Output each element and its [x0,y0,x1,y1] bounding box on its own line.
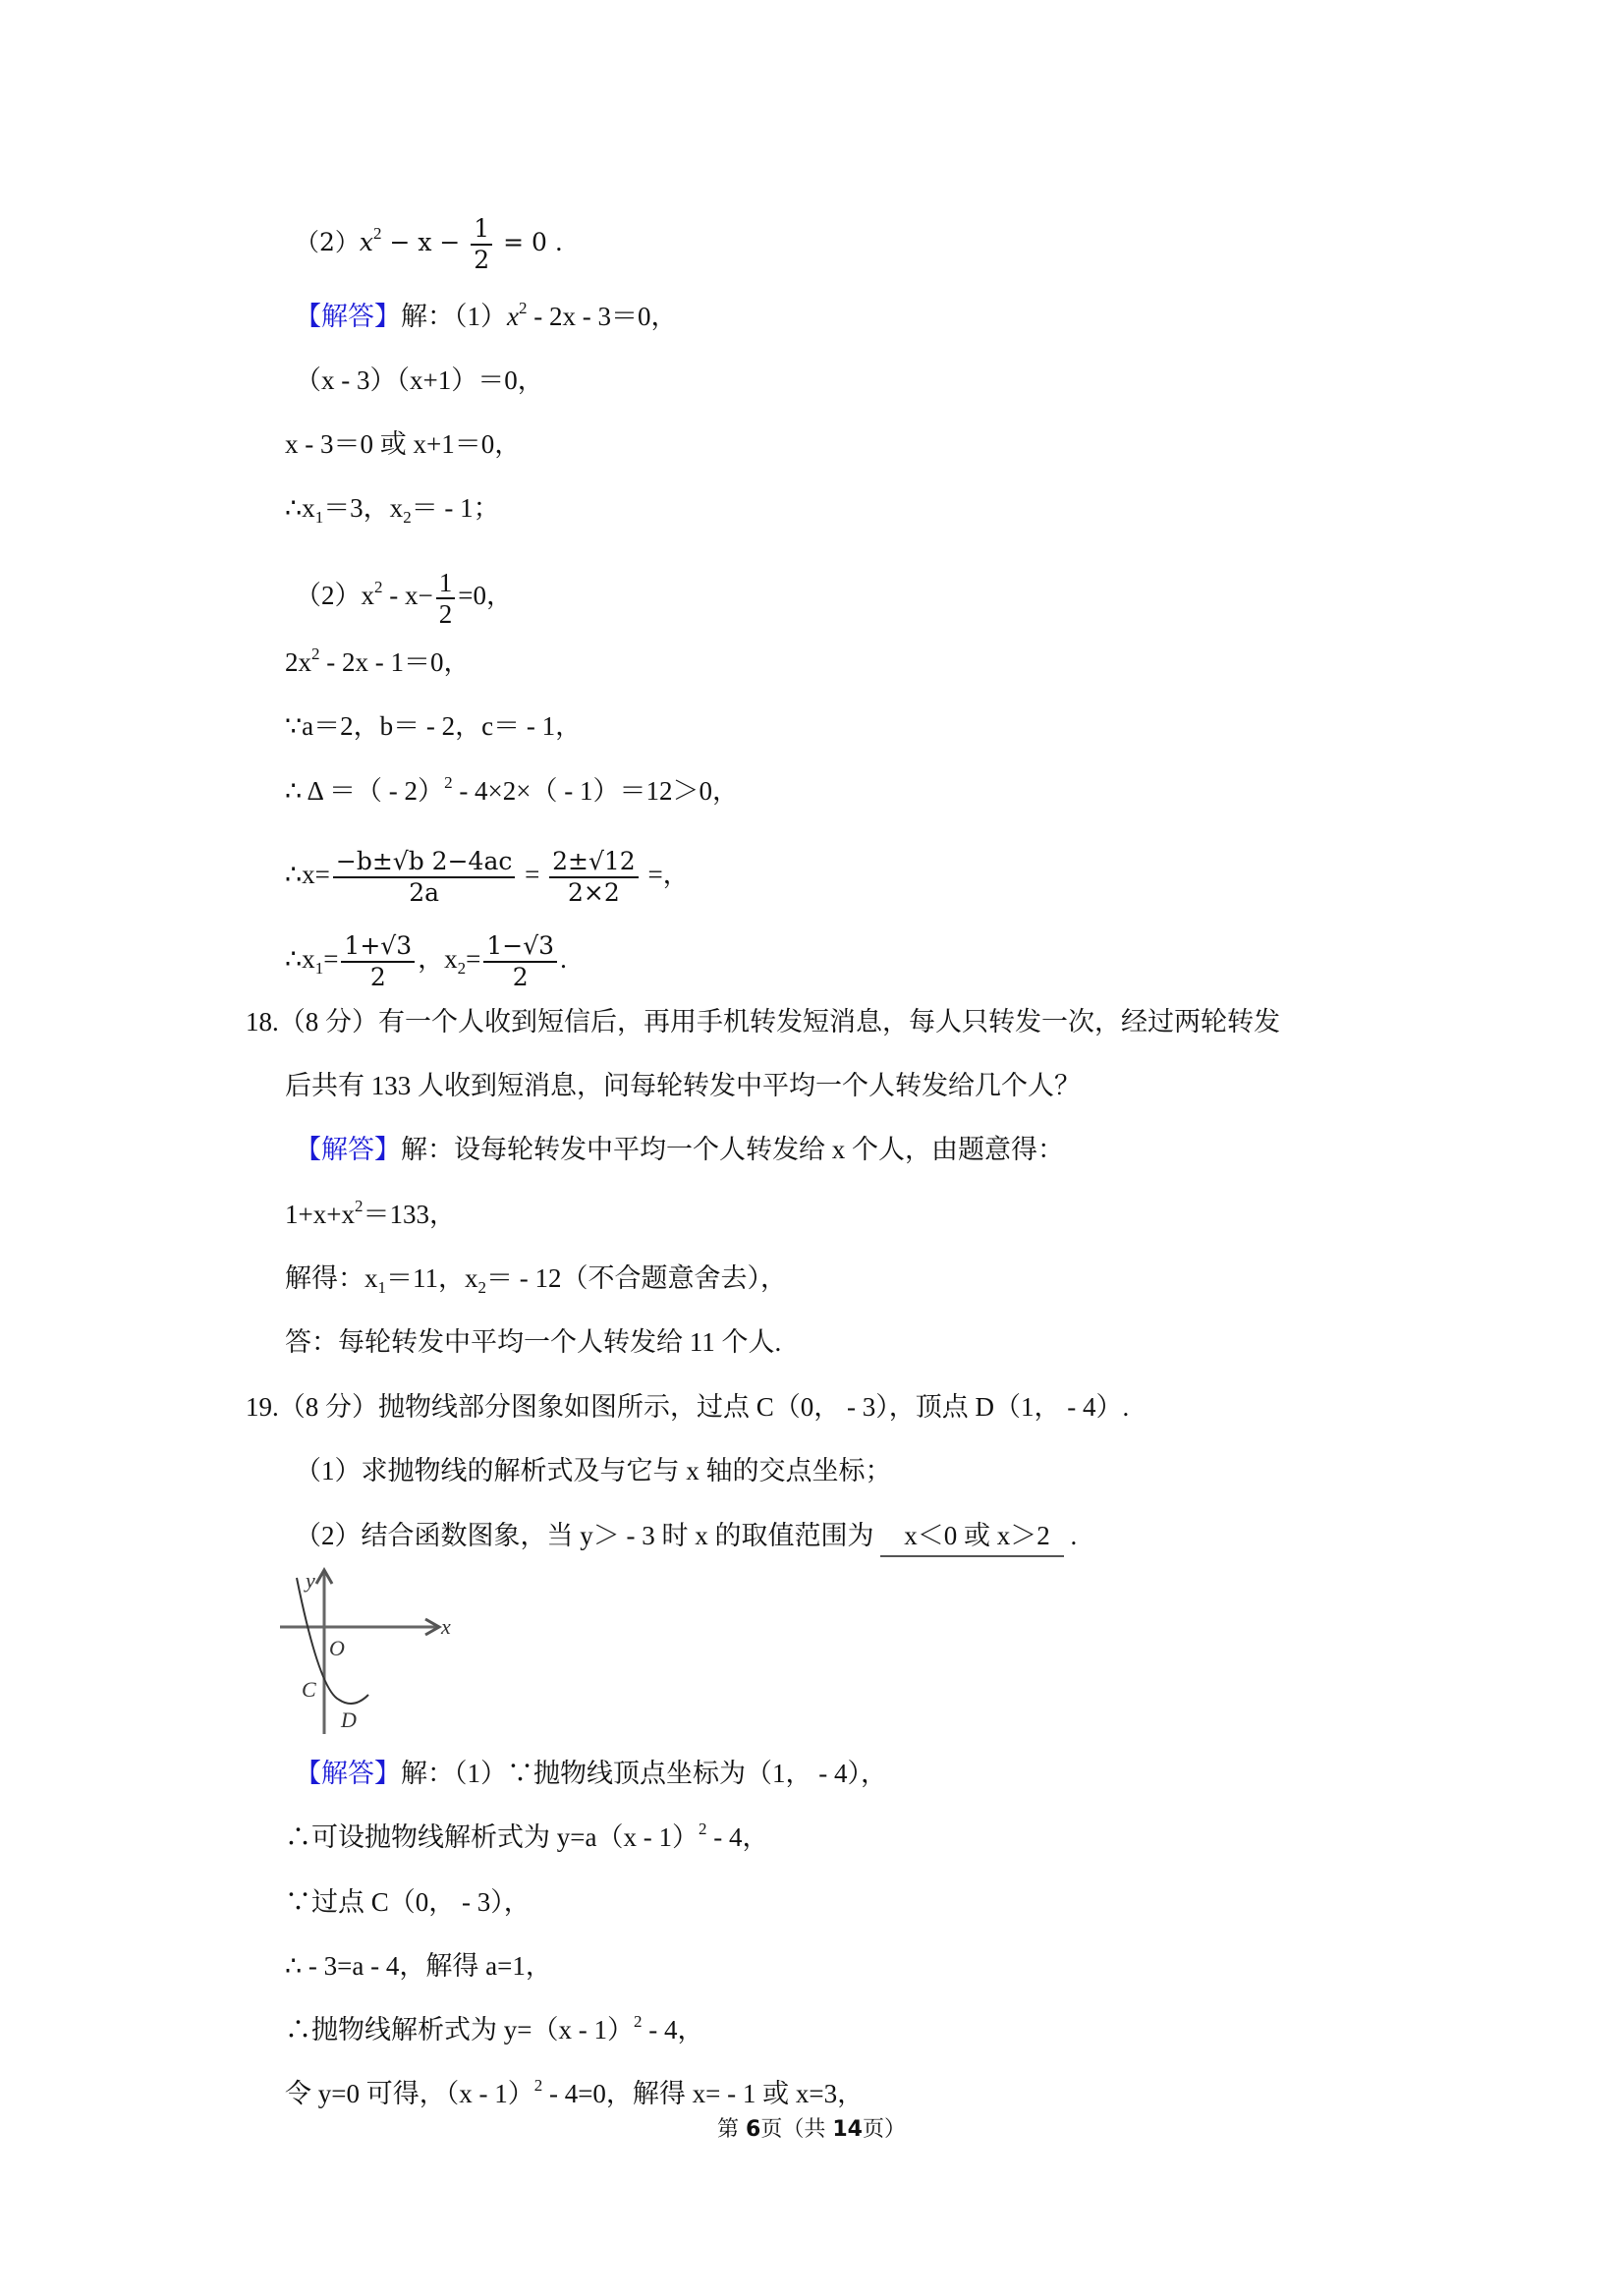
q17-solution-line-2: （x - 3）（x+1）＝0， [295,361,544,400]
q17-solution-line-4: ∴x1＝3，x2＝ - 1； [285,488,500,528]
q17-solution-line-6: 2x2 - 2x - 1＝0， [285,643,470,682]
q17-solution-line-5: （2）x2 - x−12=0， [295,568,513,629]
point-d-label: D [340,1708,357,1732]
q18-answer-line-4: 答：每轮转发中平均一个人转发给 11 个人. [285,1322,781,1362]
quadratic-formula-fraction: −b±√b 2−4ac2a [333,847,515,908]
origin-label: O [329,1636,345,1660]
fraction: 12 [436,568,456,629]
q17-solution-line-7: ∵a＝2，b＝ - 2，c＝ - 1， [285,706,582,746]
fraction: 1+√32 [341,931,415,992]
y-axis-label: y [304,1568,315,1593]
q17-solution-line-1: 【解答】解：（1）x2 - 2x - 3＝0， [295,297,677,336]
page-number: 6 [746,2117,760,2142]
fraction: 12 [471,214,492,275]
q18-statement-line-1: 18.（8 分）有一个人收到短信后，再用手机转发短消息，每人只转发一次，经过两轮… [246,1002,1280,1041]
fraction: 2±√122×2 [549,847,639,908]
q19-answer-line-2: ∴可设抛物线解析式为 y=a（x - 1）2 - 4， [285,1818,768,1857]
parabola-figure: y x O C D [280,1562,457,1739]
q18-answer-line-1: 【解答】解：设每轮转发中平均一个人转发给 x 个人，由题意得： [295,1130,1064,1169]
q17-part2-statement: （2）x2 − x − 12 = 0 . [295,214,563,275]
x-axis-label: x [440,1614,451,1639]
q17-solution-line-3: x - 3＝0 或 x+1＝0， [285,424,521,464]
q17-solution-line-9: ∴x=−b±√b 2−4ac2a = 2±√122×2 =， [285,847,690,908]
point-c-label: C [302,1677,316,1702]
answer-tag: 【解答】 [295,1759,401,1788]
q19-answer-line-3: ∵过点 C（0， - 3）， [285,1882,531,1922]
q18-answer-line-3: 解得：x1＝11，x2＝ - 12（不合题意舍去）， [285,1259,787,1298]
q18-statement-line-2: 后共有 133 人收到短消息，问每轮转发中平均一个人转发给几个人？ [285,1066,1081,1105]
page-footer: 第 6页（共 14页） [0,2112,1623,2143]
q19-part2: （2）结合函数图象，当 y＞ - 3 时 x 的取值范围为 x＜0 或 x＞2 … [295,1516,1077,1557]
q19-answer-line-4: ∴ - 3=a - 4，解得 a=1， [285,1946,552,1986]
q17-solution-line-10: ∴x1=1+√32，x2=1−√32. [285,931,567,992]
q19-statement: 19.（8 分）抛物线部分图象如图所示，过点 C（0， - 3），顶点 D（1，… [246,1387,1129,1427]
answer-blank: x＜0 或 x＞2 [880,1516,1064,1557]
fraction: 1−√32 [483,931,557,992]
page-total: 14 [832,2117,863,2142]
answer-tag: 【解答】 [295,1135,401,1164]
parabola-graph-icon: y x O C D [280,1562,457,1739]
answer-tag: 【解答】 [295,302,401,331]
q19-answer-line-6: 令 y=0 可得，（x - 1）2 - 4=0，解得 x= - 1 或 x=3， [285,2074,864,2113]
q17-solution-line-8: ∴ Δ ＝（ - 2）2 - 4×2×（ - 1）＝12＞0， [285,771,739,811]
q18-answer-line-2: 1+x+x2＝133， [285,1195,456,1234]
q19-part1: （1）求抛物线的解析式及与它与 x 轴的交点坐标； [295,1451,892,1490]
q19-answer-line-1: 【解答】解：（1）∵抛物线顶点坐标为（1， - 4）， [295,1754,887,1793]
q19-answer-line-5: ∴抛物线解析式为 y=（x - 1）2 - 4， [285,2010,703,2049]
